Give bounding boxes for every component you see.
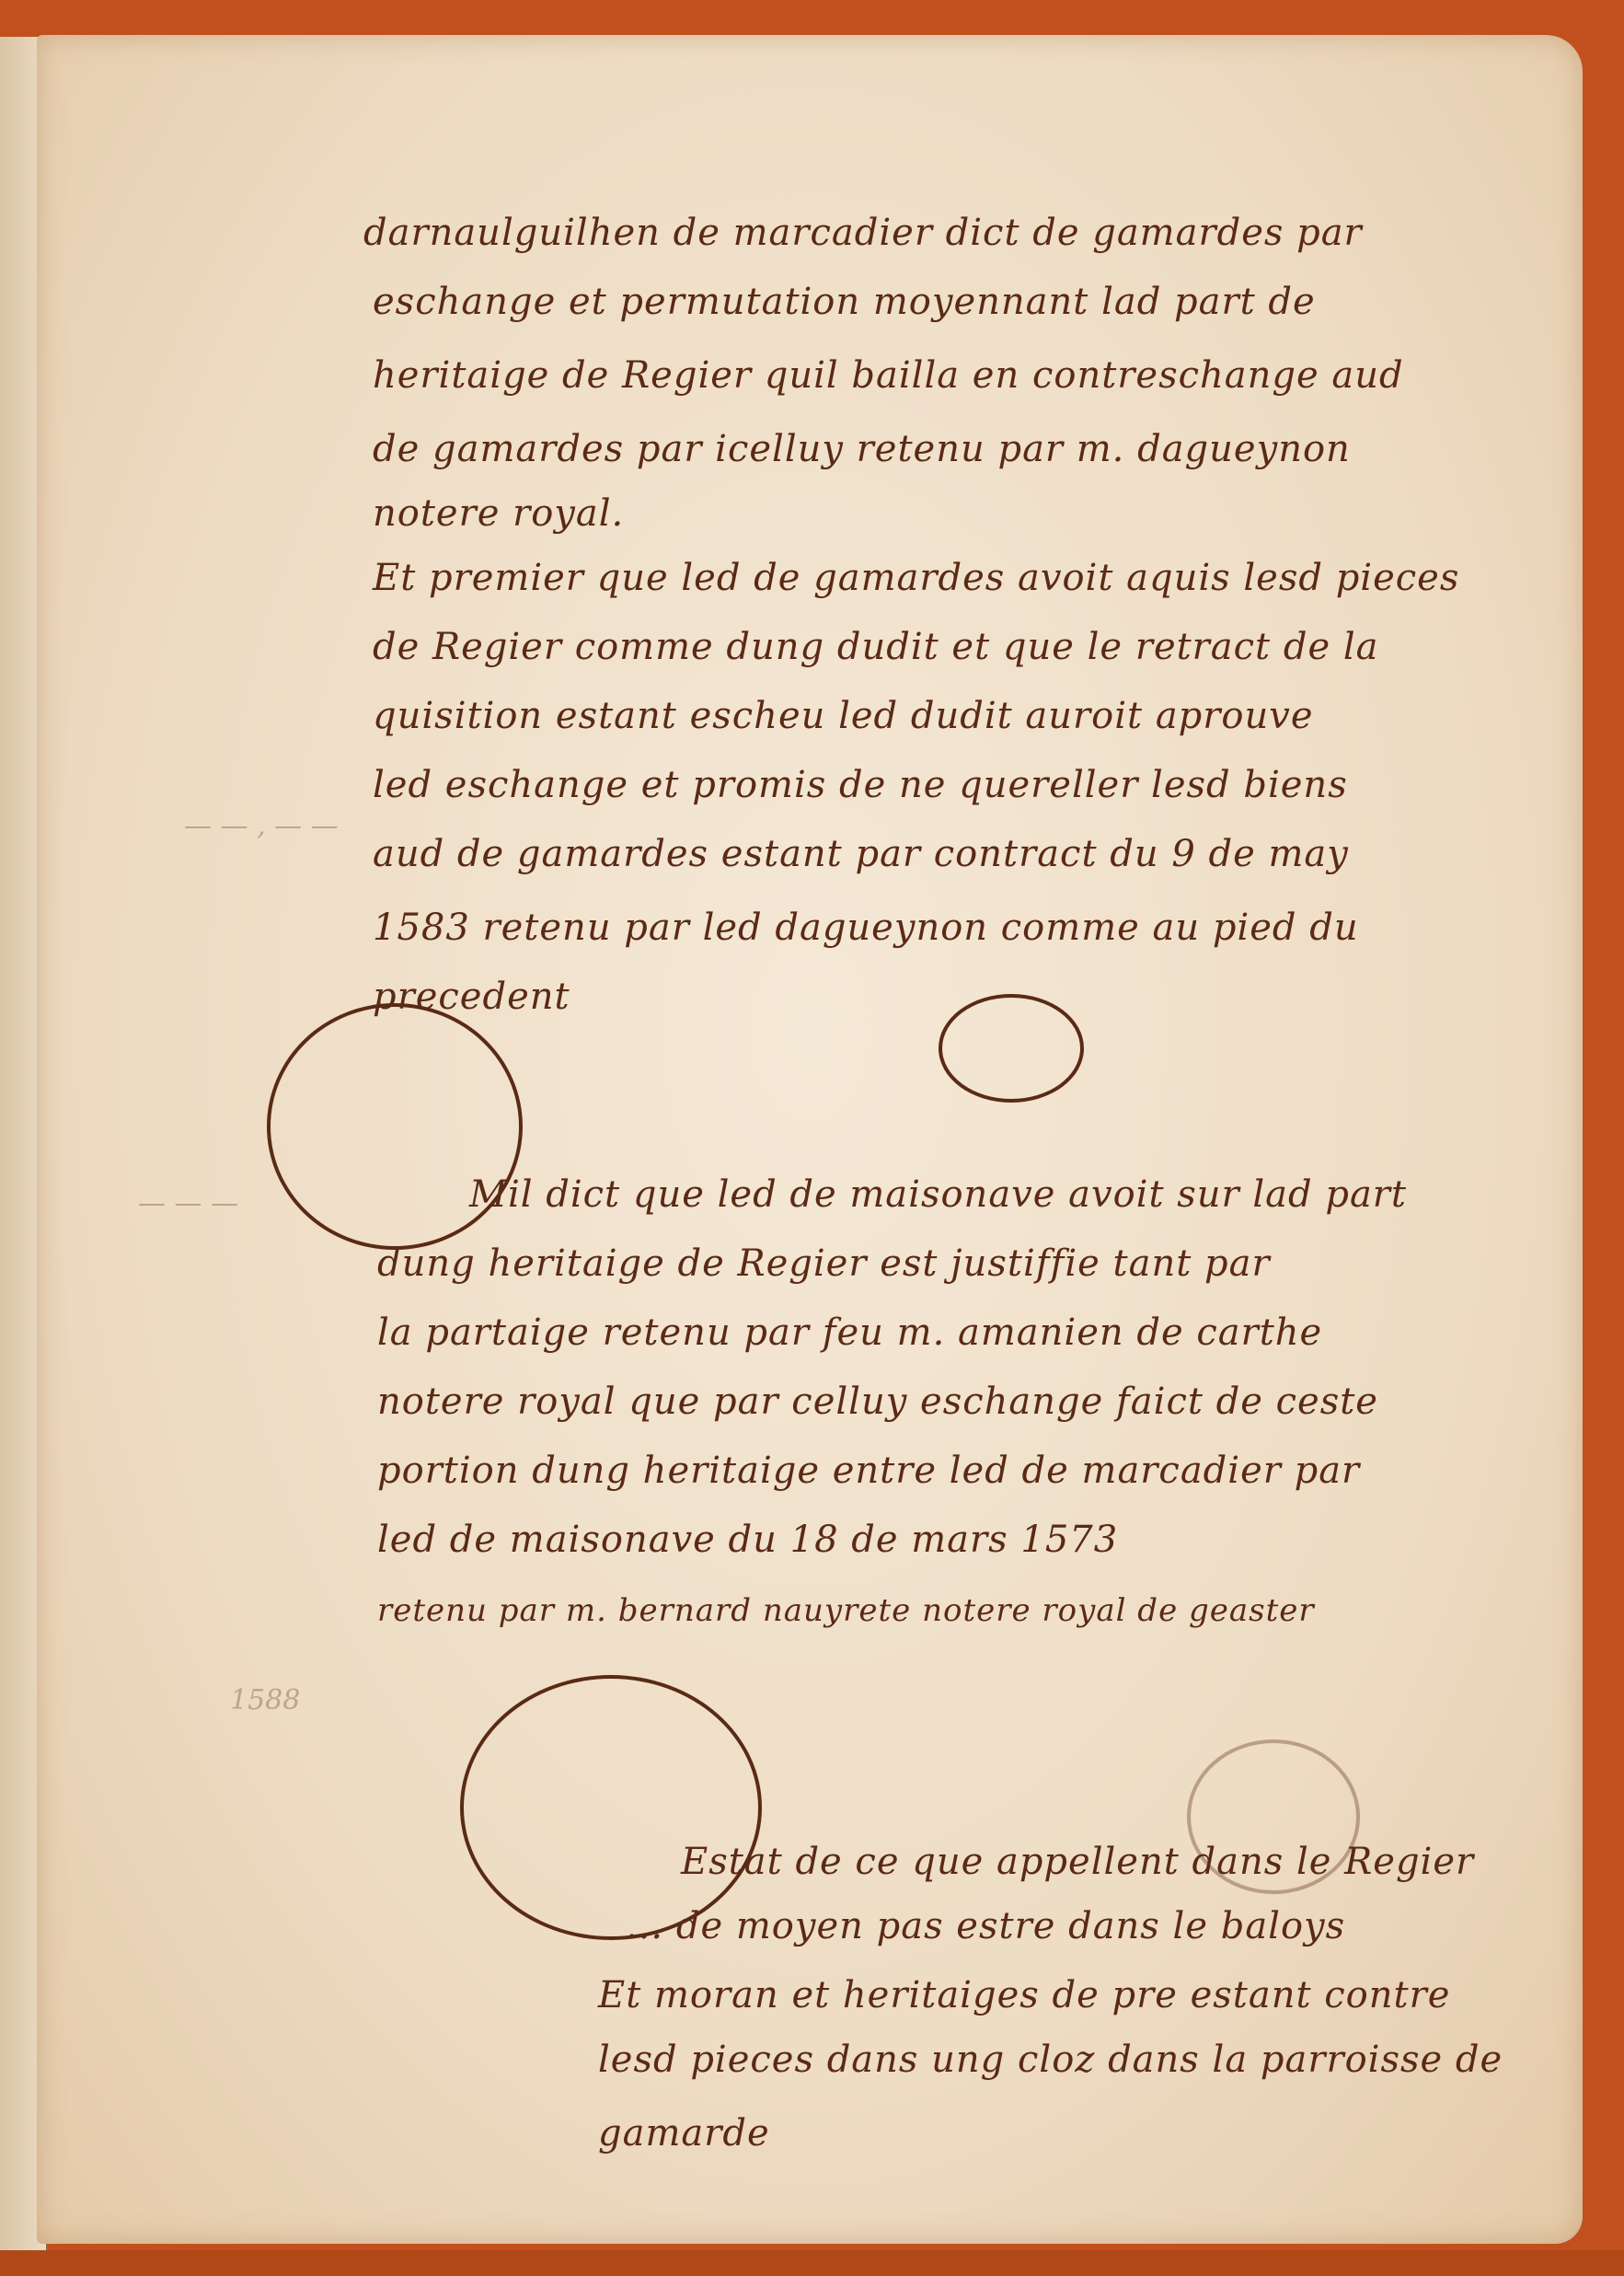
marginal-note: — — — <box>138 1187 238 1219</box>
text-line: led de maisonave du 18 de mars 1573 <box>377 1519 1118 1561</box>
text-line: darnaulguilhen de marcadier dict de gama… <box>363 212 1363 254</box>
text-line: gamarde <box>598 2112 770 2155</box>
text-line: retenu par m. bernard nauyrete notere ro… <box>377 1592 1315 1629</box>
text-line: eschange et permutation moyennant lad pa… <box>373 281 1316 323</box>
text-line: led eschange et promis de ne quereller l… <box>373 764 1348 806</box>
text-line: Et moran et heritaiges de pre estant con… <box>598 1974 1450 2016</box>
marginal-note: 1588 <box>230 1684 300 1716</box>
text-line: quisition estant escheu led dudit auroit… <box>373 695 1314 737</box>
paraph-flourish <box>460 1675 762 1940</box>
text-line: aud de gamardes estant par contract du 9… <box>373 833 1349 875</box>
marginal-note: — — , — — <box>184 810 339 842</box>
text-line: lesd pieces dans ung cloz dans la parroi… <box>598 2039 1503 2081</box>
paraph-flourish <box>939 994 1084 1103</box>
text-line: portion dung heritaige entre led de marc… <box>377 1450 1360 1492</box>
table-surface <box>0 2250 1624 2276</box>
text-line: Mil dict que led de maisonave avoit sur … <box>469 1173 1407 1216</box>
text-line: Estat de ce que appellent dans le Regier <box>681 1841 1474 1883</box>
text-line: Et premier que led de gamardes avoit aqu… <box>373 557 1459 599</box>
text-line: de Regier comme dung dudit et que le ret… <box>373 626 1378 668</box>
text-line: heritaige de Regier quil bailla en contr… <box>373 354 1404 397</box>
text-line: 1583 retenu par led dagueynon comme au p… <box>373 907 1359 949</box>
text-line: ... de moyen pas estre dans le baloys <box>626 1905 1345 1947</box>
text-line: de gamardes par icelluy retenu par m. da… <box>373 428 1351 470</box>
text-line: dung heritaige de Regier est justiffie t… <box>377 1242 1271 1285</box>
text-line: notere royal que par celluy eschange fai… <box>377 1381 1378 1423</box>
text-line: la partaige retenu par feu m. amanien de… <box>377 1311 1322 1354</box>
text-line: notere royal. <box>373 492 624 535</box>
